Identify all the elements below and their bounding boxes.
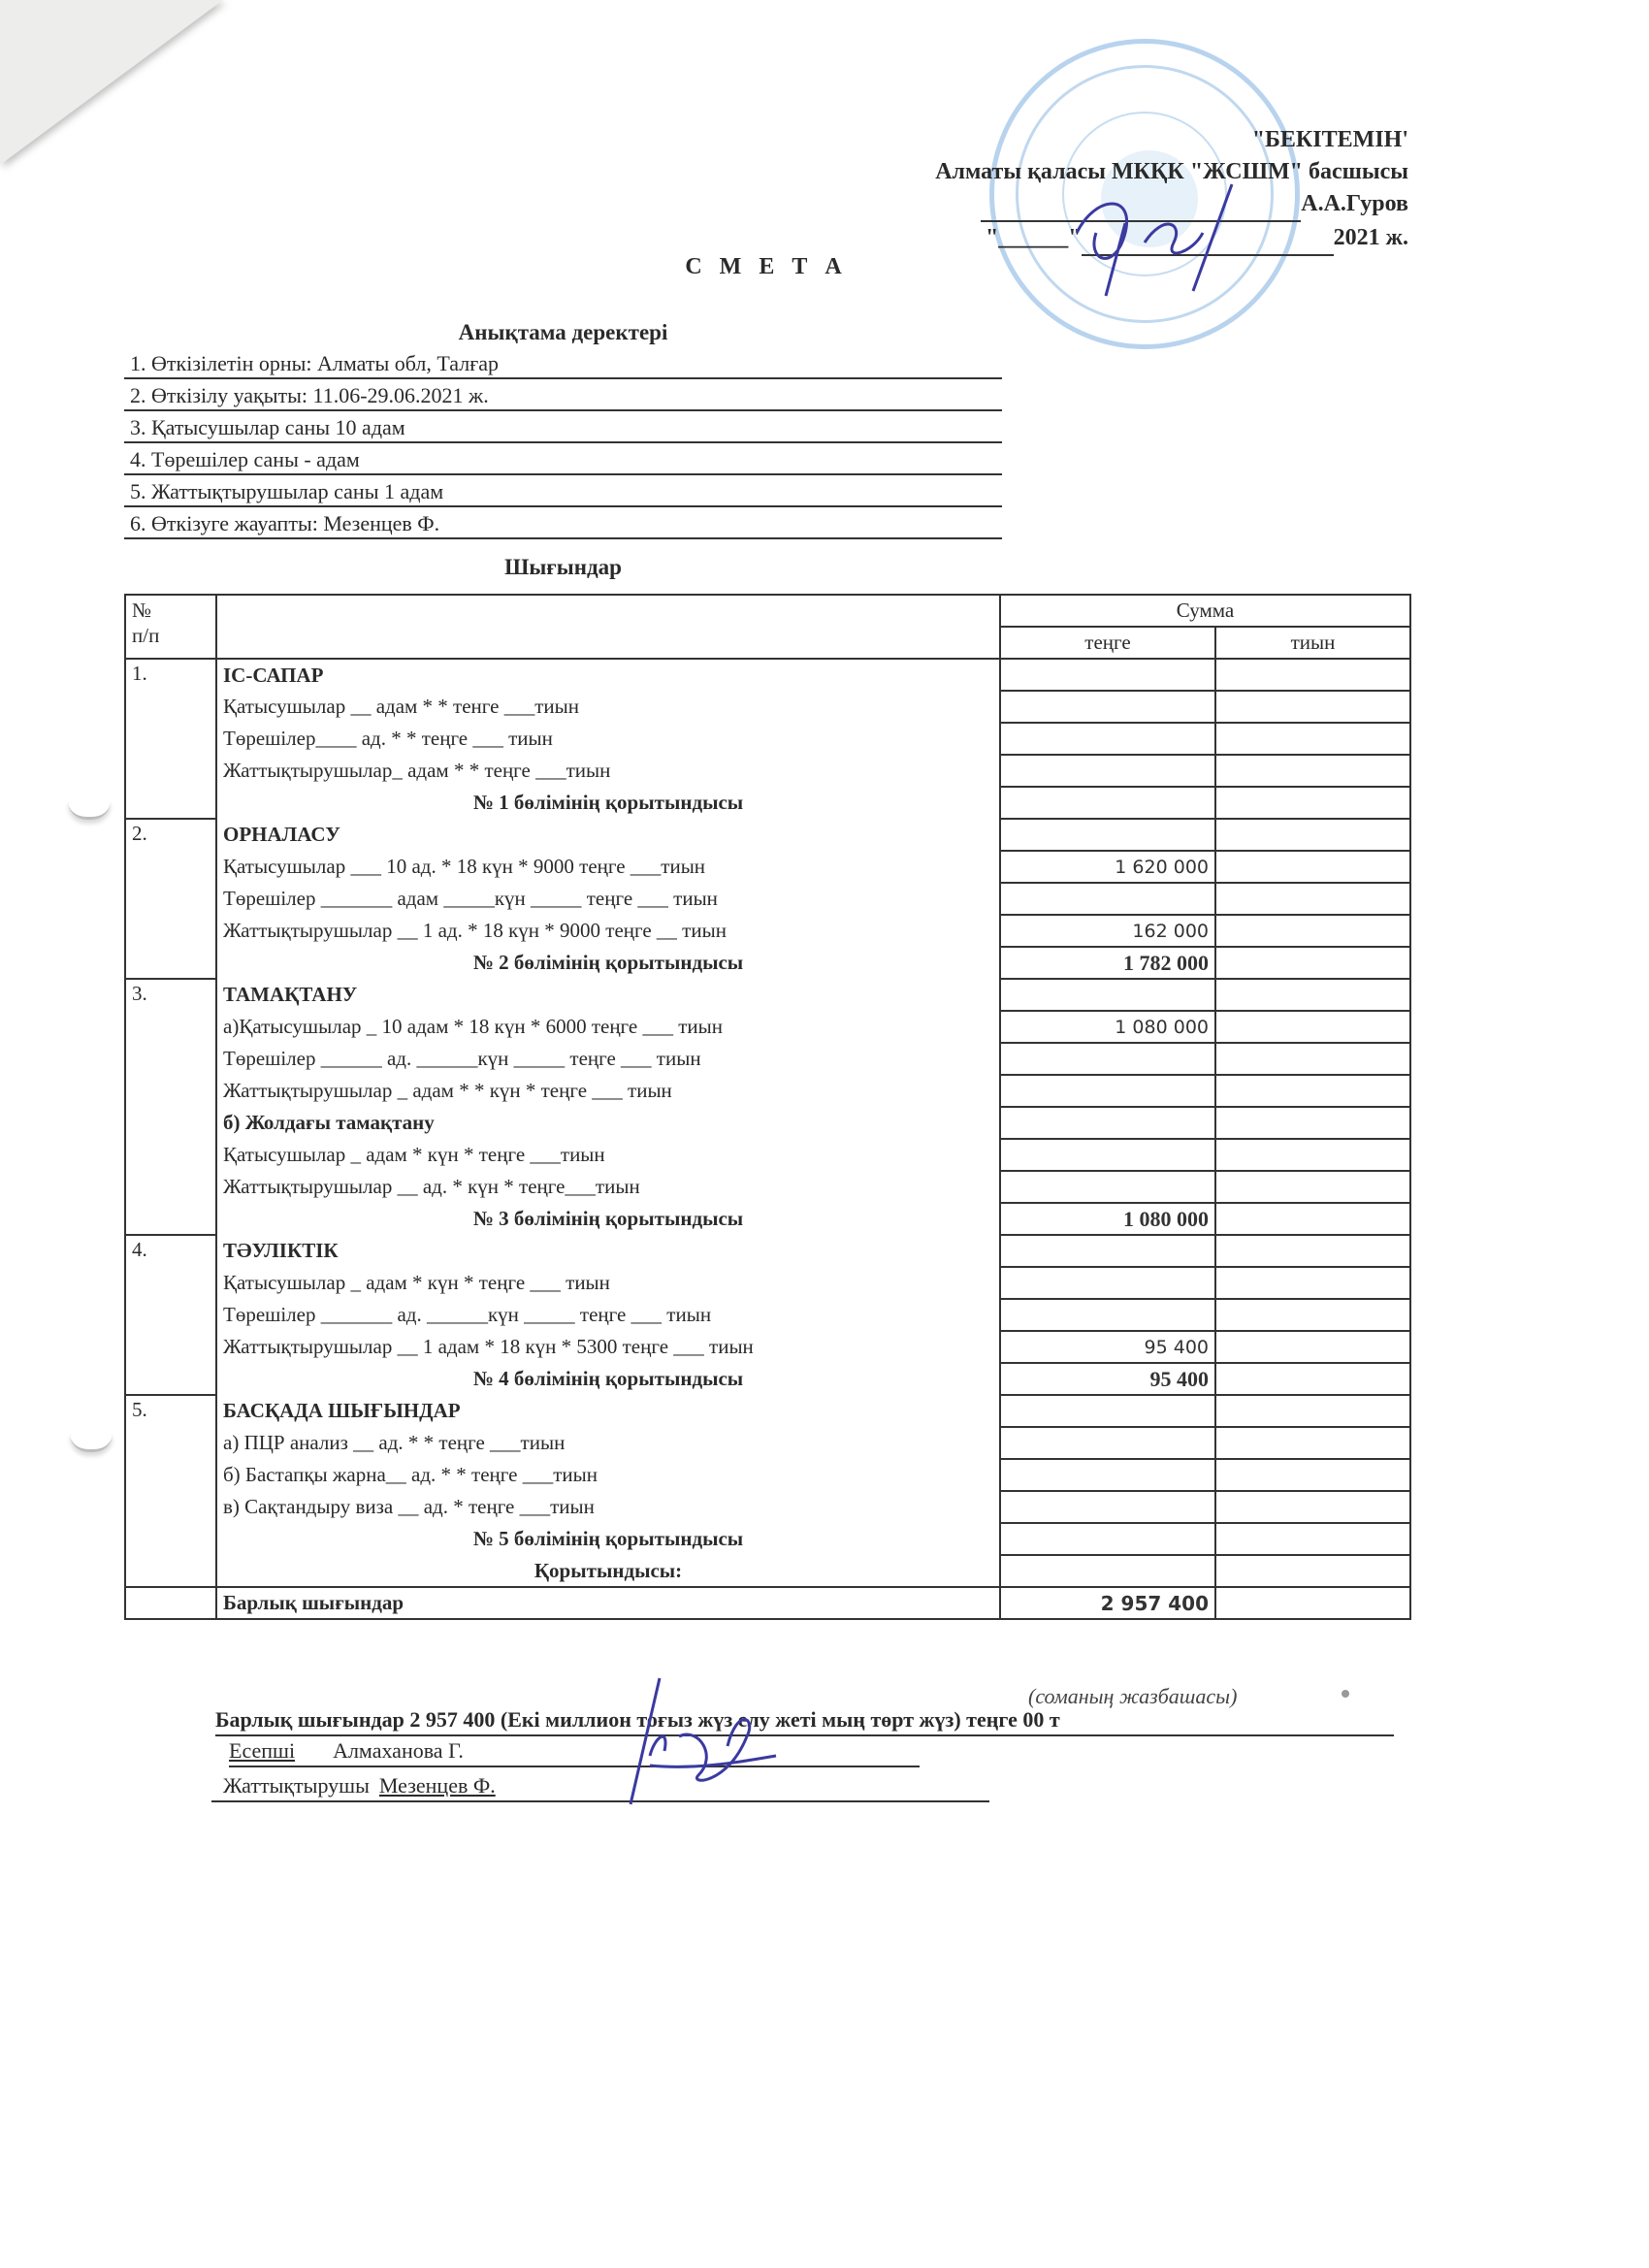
approval-date-suffix: 2021 ж. <box>1334 225 1408 250</box>
info-item: 1. Өткізілетін орны: Алматы обл, Талғар <box>124 347 1002 379</box>
tiyn-cell <box>1215 691 1410 723</box>
punch-hole-mark <box>70 1434 113 1452</box>
coach-name: Мезенцев Ф. <box>370 1773 496 1798</box>
table-row: 5.БАСҚАДА ШЫҒЫНДАР <box>125 1395 1410 1427</box>
row-description: БАСҚАДА ШЫҒЫНДАР <box>216 1395 1000 1427</box>
section-number: 2. <box>125 819 216 979</box>
punch-hole-mark <box>68 801 111 820</box>
section-number: 1. <box>125 659 216 819</box>
tenge-cell <box>1000 755 1215 787</box>
info-item: 5. Жаттықтырушылар саны 1 адам <box>124 475 1002 507</box>
folded-page-corner <box>0 0 223 165</box>
tenge-cell <box>1000 659 1215 691</box>
grand-total-label: Барлық шығындар <box>216 1587 1000 1619</box>
table-row: Қатысушылар _ адам * күн * теңге ___ тиы… <box>125 1267 1410 1299</box>
row-description: № 5 бөлімінің қорытындысы <box>216 1523 1000 1555</box>
row-description: Жаттықтырушылар __ 1 адам * 18 күн * 530… <box>216 1331 1000 1363</box>
info-item: 6. Өткізуге жауапты: Мезенцев Ф. <box>124 507 1002 539</box>
tiyn-cell <box>1215 659 1410 691</box>
tenge-cell <box>1000 1523 1215 1555</box>
tiyn-cell <box>1215 723 1410 755</box>
row-description: а) ПЦР анализ __ ад. * * теңге ___тиын <box>216 1427 1000 1459</box>
tenge-cell: 1 620 000 <box>1000 851 1215 883</box>
header-sum: Сумма <box>1000 595 1410 627</box>
tiyn-cell <box>1215 1459 1410 1491</box>
table-row: 1. ІС-САПАР <box>125 659 1410 691</box>
grand-total-tenge: 2 957 400 <box>1000 1587 1215 1619</box>
row-description: ТАМАҚТАНУ <box>216 979 1000 1011</box>
tenge-cell <box>1000 1171 1215 1203</box>
tenge-cell <box>1000 1299 1215 1331</box>
row-description: б) Жолдағы тамақтану <box>216 1107 1000 1139</box>
row-description: Төрешілер ______ ад. ______күн _____ тең… <box>216 1043 1000 1075</box>
header-tenge: теңге <box>1000 627 1215 659</box>
tiyn-cell <box>1215 1075 1410 1107</box>
tenge-cell <box>1000 1459 1215 1491</box>
row-description: № 1 бөлімінің қорытындысы <box>216 787 1000 819</box>
row-description: а)Қатысушылар _ 10 адам * 18 күн * 6000 … <box>216 1011 1000 1043</box>
coach-row: ЖаттықтырушыМезенцев Ф. <box>211 1771 989 1802</box>
tenge-cell: 95 400 <box>1000 1331 1215 1363</box>
info-item: 2. Өткізілу уақыты: 11.06-29.06.2021 ж. <box>124 379 1002 411</box>
tenge-cell: 95 400 <box>1000 1363 1215 1395</box>
tenge-cell: 162 000 <box>1000 915 1215 947</box>
coach-signature <box>611 1669 786 1814</box>
table-row: № 4 бөлімінің қорытындысы95 400 <box>125 1363 1410 1395</box>
row-description: Қатысушылар __ адам * * тенге ___тиын <box>216 691 1000 723</box>
coach-label: Жаттықтырушы <box>211 1773 370 1798</box>
expenses-heading: Шығындар <box>124 555 1002 580</box>
row-description: Жаттықтырушылар __ ад. * күн * теңге___т… <box>216 1171 1000 1203</box>
tenge-cell: 1 080 000 <box>1000 1203 1215 1235</box>
tiyn-cell <box>1215 979 1410 1011</box>
section-number: 3. <box>125 979 216 1235</box>
row-description: ТӘУЛІКТІК <box>216 1235 1000 1267</box>
tiyn-cell <box>1215 1043 1410 1075</box>
tiyn-cell <box>1215 755 1410 787</box>
tiyn-cell <box>1215 1523 1410 1555</box>
tiyn-cell <box>1215 819 1410 851</box>
row-description: Жаттықтырушылар _ адам * * күн * теңге _… <box>216 1075 1000 1107</box>
accountant-name: Алмаханова Г. <box>333 1738 464 1763</box>
table-row: Қатысушылар ___ 10 ад. * 18 күн * 9000 т… <box>125 851 1410 883</box>
expenses-body: 1. ІС-САПАРҚатысушылар __ адам * * тенге… <box>125 659 1410 1619</box>
table-row: Жаттықтырушылар __ ад. * күн * теңге___т… <box>125 1171 1410 1203</box>
header-description <box>216 595 1000 659</box>
table-row: Жаттықтырушылар _ адам * * күн * теңге _… <box>125 1075 1410 1107</box>
tenge-cell <box>1000 1555 1215 1587</box>
row-description: Төрешілер _______ адам _____күн _____ те… <box>216 883 1000 915</box>
table-row: Жаттықтырушылар __ 1 ад. * 18 күн * 9000… <box>125 915 1410 947</box>
tenge-cell <box>1000 1075 1215 1107</box>
tiyn-cell <box>1215 1427 1410 1459</box>
table-row: Жаттықтырушылар __ 1 адам * 18 күн * 530… <box>125 1331 1410 1363</box>
director-signature <box>1057 175 1271 301</box>
table-row: а)Қатысушылар _ 10 адам * 18 күн * 6000 … <box>125 1011 1410 1043</box>
row-description: Жаттықтырушылар_ адам * * теңге ___тиын <box>216 755 1000 787</box>
tenge-cell <box>1000 1267 1215 1299</box>
total-in-words: Барлық шығындар 2 957 400 (Екі миллион т… <box>215 1705 1394 1736</box>
table-row: а) ПЦР анализ __ ад. * * теңге ___тиын <box>125 1427 1410 1459</box>
table-row: № 2 бөлімінің қорытындысы1 782 000 <box>125 947 1410 979</box>
document-title: С М Е Т А <box>685 254 847 280</box>
tiyn-cell <box>1215 1011 1410 1043</box>
row-description: Қатысушылар _ адам * күн * теңге ___тиын <box>216 1139 1000 1171</box>
tiyn-cell <box>1215 1107 1410 1139</box>
table-row: Төрешілер____ ад. * * теңге ___ тиын <box>125 723 1410 755</box>
tiyn-cell <box>1215 1267 1410 1299</box>
tiyn-cell <box>1215 1171 1410 1203</box>
row-description: ОРНАЛАСУ <box>216 819 1000 851</box>
grand-total-number <box>125 1587 216 1619</box>
tiyn-cell <box>1215 1299 1410 1331</box>
table-row: № 3 бөлімінің қорытындысы1 080 000 <box>125 1203 1410 1235</box>
row-description: Төрешілер _______ ад. ______күн _____ те… <box>216 1299 1000 1331</box>
table-row: б) Жолдағы тамақтану <box>125 1107 1410 1139</box>
tiyn-cell <box>1215 1331 1410 1363</box>
info-list: 1. Өткізілетін орны: Алматы обл, Талғар … <box>124 347 1002 539</box>
tenge-cell <box>1000 1139 1215 1171</box>
row-description: № 2 бөлімінің қорытындысы <box>216 947 1000 979</box>
tiyn-cell <box>1215 915 1410 947</box>
tiyn-cell <box>1215 1139 1410 1171</box>
table-row: Қатысушылар __ адам * * тенге ___тиын <box>125 691 1410 723</box>
tenge-cell <box>1000 1427 1215 1459</box>
table-row: Қорытындысы: <box>125 1555 1410 1587</box>
tenge-cell: 1 782 000 <box>1000 947 1215 979</box>
table-row: 3.ТАМАҚТАНУ <box>125 979 1410 1011</box>
grand-total-tiyn <box>1215 1587 1410 1619</box>
table-row: в) Сақтандыру виза __ ад. * теңге ___тиы… <box>125 1491 1410 1523</box>
section-number: 5. <box>125 1395 216 1587</box>
header-number: № п/п <box>125 595 216 659</box>
tenge-cell <box>1000 1395 1215 1427</box>
info-heading: Анықтама деректері <box>124 320 1002 345</box>
info-item: 4. Төрешілер саны - адам <box>124 443 1002 475</box>
table-row: Қатысушылар _ адам * күн * теңге ___тиын <box>125 1139 1410 1171</box>
tiyn-cell <box>1215 883 1410 915</box>
header-tiyn: тиын <box>1215 627 1410 659</box>
tiyn-cell <box>1215 1555 1410 1587</box>
table-row: Жаттықтырушылар_ адам * * теңге ___тиын <box>125 755 1410 787</box>
tiyn-cell <box>1215 1235 1410 1267</box>
section-number: 4. <box>125 1235 216 1395</box>
row-description: в) Сақтандыру виза __ ад. * теңге ___тиы… <box>216 1491 1000 1523</box>
approval-heading: "БЕКІТЕМІН' <box>935 124 1408 156</box>
tenge-cell <box>1000 1043 1215 1075</box>
table-row: Төрешілер ______ ад. ______күн _____ тең… <box>125 1043 1410 1075</box>
header-number-line2: п/п <box>132 624 159 647</box>
tenge-cell <box>1000 819 1215 851</box>
tiyn-cell <box>1215 1203 1410 1235</box>
tenge-cell <box>1000 1235 1215 1267</box>
tiyn-cell <box>1215 1395 1410 1427</box>
row-description: Төрешілер____ ад. * * теңге ___ тиын <box>216 723 1000 755</box>
table-row: Төрешілер _______ адам _____күн _____ те… <box>125 883 1410 915</box>
row-description: Қорытындысы: <box>216 1555 1000 1587</box>
tenge-cell <box>1000 787 1215 819</box>
info-item: 3. Қатысушылар саны 10 адам <box>124 411 1002 443</box>
row-description: б) Бастапқы жарна__ ад. * * теңге ___тиы… <box>216 1459 1000 1491</box>
tiyn-cell <box>1215 787 1410 819</box>
table-row: № 1 бөлімінің қорытындысы <box>125 787 1410 819</box>
tenge-cell: 1 080 000 <box>1000 1011 1215 1043</box>
tenge-cell <box>1000 691 1215 723</box>
table-row: 2.ОРНАЛАСУ <box>125 819 1410 851</box>
tenge-cell <box>1000 979 1215 1011</box>
row-description: № 4 бөлімінің қорытындысы <box>216 1363 1000 1395</box>
table-row: 4.ТӘУЛІКТІК <box>125 1235 1410 1267</box>
row-description: № 3 бөлімінің қорытындысы <box>216 1203 1000 1235</box>
tiyn-cell <box>1215 851 1410 883</box>
tenge-cell <box>1000 1107 1215 1139</box>
tenge-cell <box>1000 1491 1215 1523</box>
approval-signatory: А.А.Гуров <box>1301 191 1408 216</box>
row-description: Қатысушылар _ адам * күн * теңге ___ тиы… <box>216 1267 1000 1299</box>
grand-total-row: Барлық шығындар2 957 400 <box>125 1587 1410 1619</box>
accountant-row: Есепші Алмаханова Г. <box>229 1736 920 1767</box>
tiyn-cell <box>1215 1363 1410 1395</box>
tenge-cell <box>1000 883 1215 915</box>
tiyn-cell <box>1215 1491 1410 1523</box>
table-row: Төрешілер _______ ад. ______күн _____ те… <box>125 1299 1410 1331</box>
table-row: б) Бастапқы жарна__ ад. * * теңге ___тиы… <box>125 1459 1410 1491</box>
row-description: Қатысушылар ___ 10 ад. * 18 күн * 9000 т… <box>216 851 1000 883</box>
row-description: ІС-САПАР <box>216 659 1000 691</box>
accountant-label: Есепші <box>229 1738 295 1763</box>
expenses-table: № п/п Сумма теңге тиын 1. ІС-САПАРҚатысу… <box>124 594 1411 1620</box>
row-description: Жаттықтырушылар __ 1 ад. * 18 күн * 9000… <box>216 915 1000 947</box>
tenge-cell <box>1000 723 1215 755</box>
table-row: № 5 бөлімінің қорытындысы <box>125 1523 1410 1555</box>
header-number-line1: № <box>132 599 151 622</box>
ink-spot <box>1342 1690 1349 1698</box>
tiyn-cell <box>1215 947 1410 979</box>
